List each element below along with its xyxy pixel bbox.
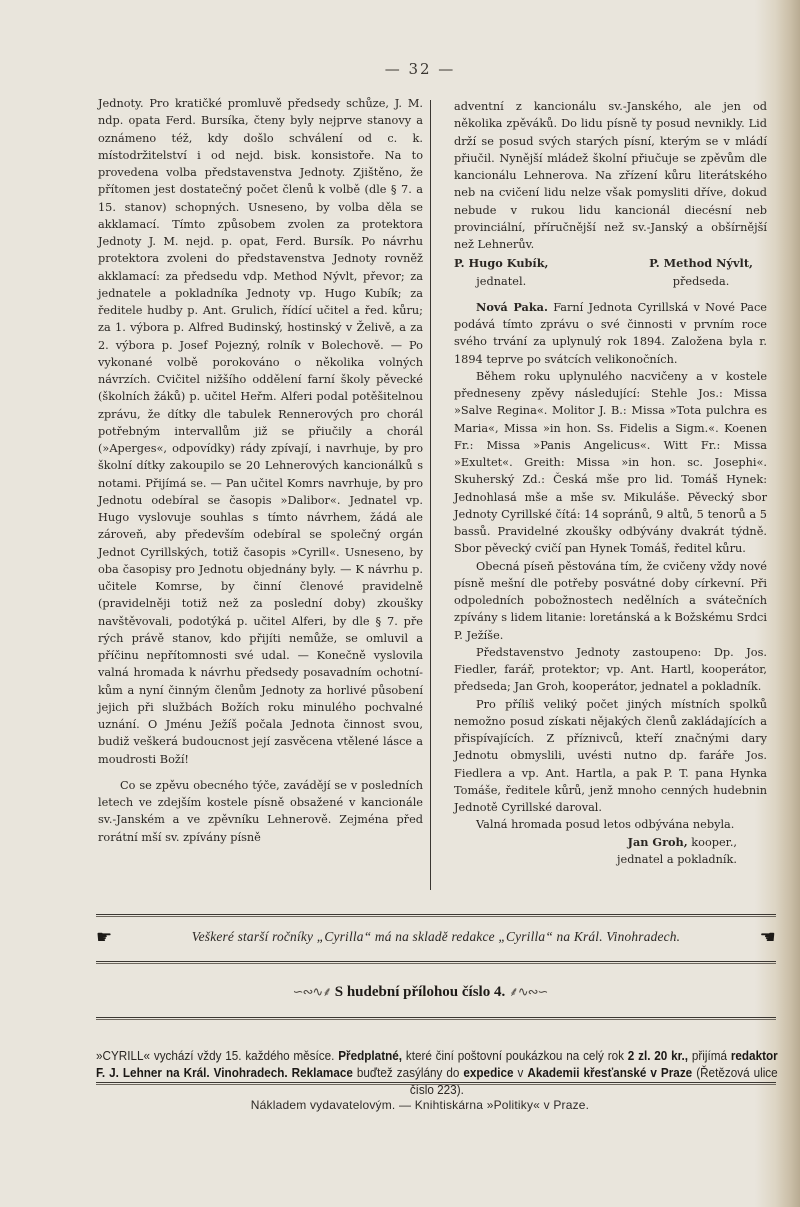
left-paragraph-2: Co se zpěvu obecného týče, zavádějí se v… [98, 777, 423, 846]
subscription-text: které činí poštovní poukázkou na celý ro… [402, 1049, 628, 1063]
signature-groh: Jan Groh, kooper., jednatel a pokladník. [454, 834, 767, 869]
right-paragraph-7: Valná hromada posud letos odbývána nebyl… [454, 816, 767, 833]
signature-chairman: P. Method Nývlt, předseda. [649, 255, 753, 290]
subscription-text: přijímá [688, 1049, 731, 1063]
left-paragraph-1: Jednoty. Pro kratičké promluvě předsedy … [98, 95, 423, 768]
divider-rule [96, 914, 776, 917]
signature-title: jednatel. [454, 273, 548, 290]
subscription-bold: Předplatné, [338, 1049, 402, 1063]
supplement-line: ∽∾∿⸙ S hudební přílohou číslo 4. ⸙∿∾∽ [0, 982, 800, 1001]
page-number: — 32 — [0, 60, 800, 78]
section-heading: Nová Paka. [476, 300, 548, 314]
divider-rule [96, 961, 776, 964]
flourish-right-icon: ⸙∿∾∽ [509, 984, 547, 999]
pointing-hand-right-icon: ☛ [96, 930, 112, 944]
pointing-hand-left-icon: ☚ [760, 930, 776, 944]
notice-text: Veškeré starší ročníky „Cyrilla“ má na s… [192, 929, 680, 945]
subscription-bold: ex­pedice [463, 1066, 513, 1080]
right-paragraph-6: Pro příliš veliký počet jiných místních … [454, 696, 767, 817]
signature-title: jednatel a pokladník. [454, 851, 737, 868]
imprint: Nákladem vydavatelovým. — Knihtiskárna »… [0, 1098, 800, 1112]
back-issues-notice: ☛ Veškeré starší ročníky „Cyrilla“ má na… [96, 929, 776, 945]
subscription-text: buďtež zasýlány do [353, 1066, 463, 1080]
subscription-text: »CYRILL« vychází vždy 15. každého měsíce… [96, 1049, 338, 1063]
signature-secretary: P. Hugo Kubík, jednatel. [454, 255, 548, 290]
nova-paka-report: Nová Paka. Farní Jednota Cyrillská v Nov… [454, 299, 767, 368]
flourish-left-icon: ∽∾∿⸙ [293, 984, 331, 999]
column-divider [430, 100, 431, 890]
subscription-price: 2 zl. 20 kr., [628, 1049, 688, 1063]
signatures-block: P. Hugo Kubík, jednatel. P. Method Nývlt… [454, 253, 767, 290]
right-paragraph-3: Během roku uplynulého nacvičeny a v kost… [454, 368, 767, 558]
signature-name: P. Method Nývlt, [649, 255, 753, 272]
divider-rule [96, 1082, 776, 1085]
subscription-bold: Akademii křesťanské v Praze [527, 1066, 692, 1080]
divider-rule [96, 1017, 776, 1020]
subscription-info: »CYRILL« vychází vždy 15. každého měsíce… [96, 1048, 778, 1098]
left-column: Jednoty. Pro kratičké promluvě předsedy … [98, 95, 423, 846]
right-paragraph-1: adventní z kancionálu sv.-Janského, ale … [454, 98, 767, 253]
right-paragraph-4: Obecná píseň pěstována tím, že cvičeny v… [454, 558, 767, 644]
signature-name: Jan Groh, [628, 835, 688, 849]
right-column: adventní z kancionálu sv.-Janského, ale … [454, 98, 767, 868]
signature-title: předseda. [649, 273, 753, 290]
signature-name: P. Hugo Kubík, [454, 255, 548, 272]
right-paragraph-5: Představenstvo Jednoty zastoupeno: Dp. J… [454, 644, 767, 696]
supplement-text: S hudební přílohou číslo 4. [335, 984, 505, 1000]
signature-name-suffix: kooper., [688, 836, 737, 849]
subscription-text: v [514, 1066, 528, 1080]
